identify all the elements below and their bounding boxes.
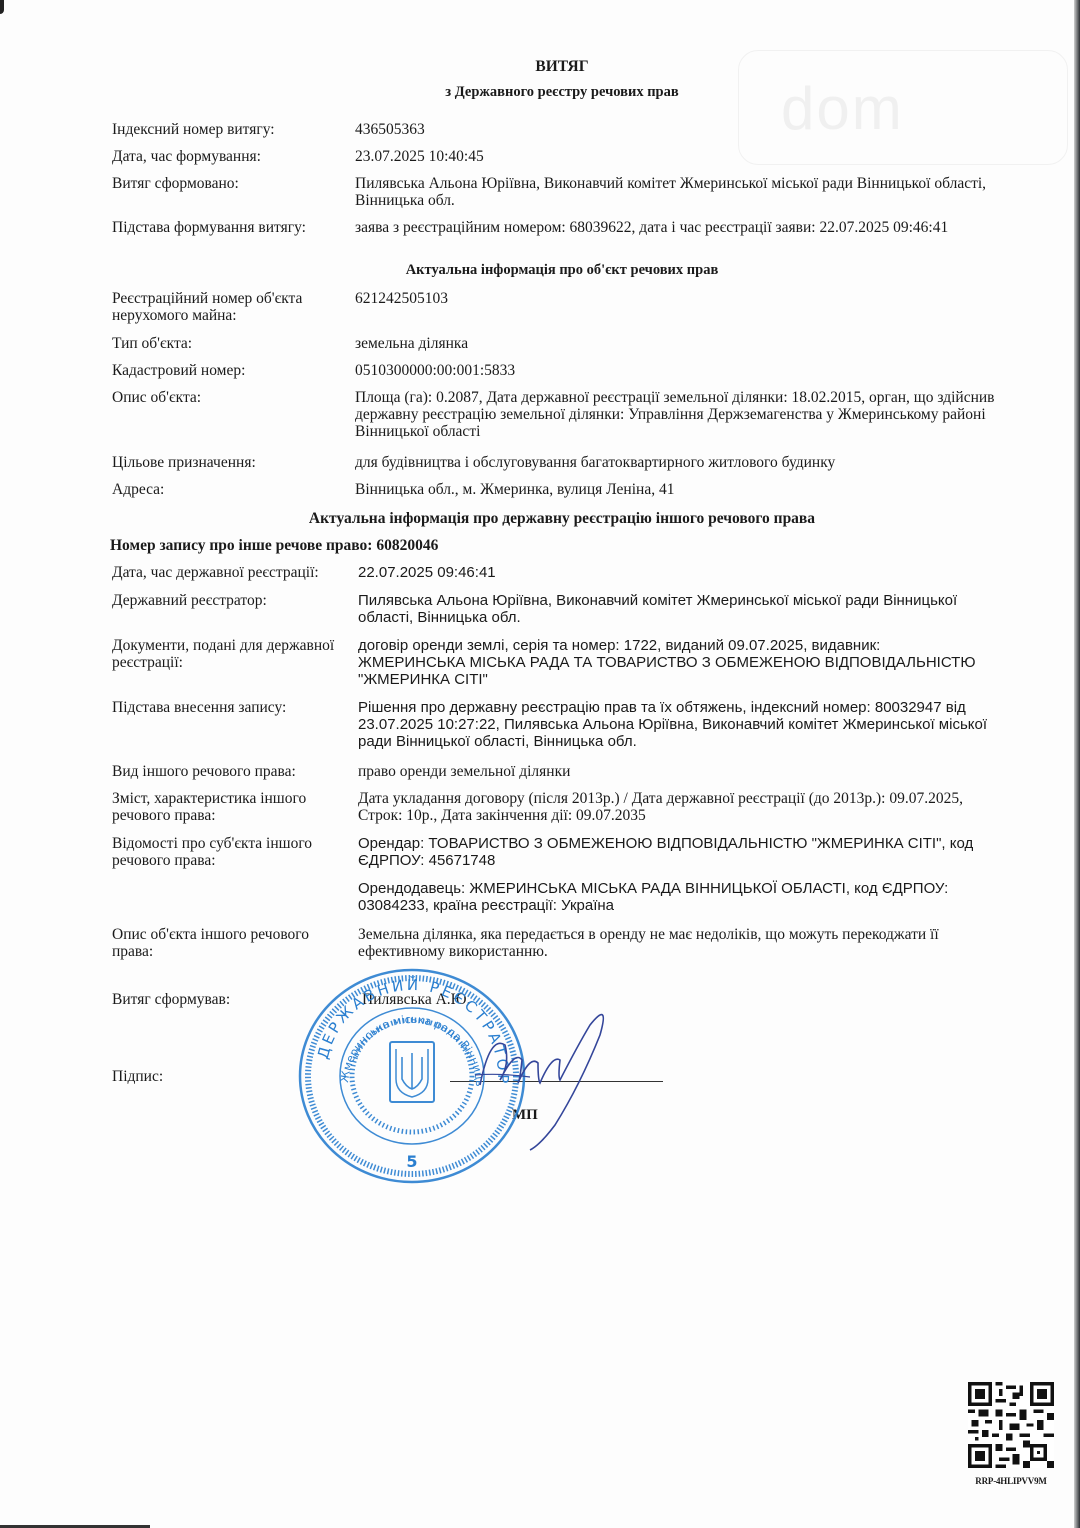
field-label: Підстава внесення запису: [112, 699, 347, 716]
field-label: Підстава формування витягу: [112, 219, 347, 236]
field-value: Площа (га): 0.2087, Дата державної реєст… [355, 389, 995, 440]
field-value: для будівництва і обслуговування багаток… [355, 454, 995, 471]
section-title-object: Актуальна інформація про об'єкт речових … [0, 262, 1080, 279]
field-value: Земельна ділянка, яка передається в орен… [358, 926, 988, 960]
field-label: Вид іншого речового права: [112, 763, 347, 780]
field-label: Цільове призначення: [112, 454, 347, 471]
qr-code-id: RRP-4HLIPVV9M [968, 1476, 1054, 1486]
field-value: договір оренди землі, серія та номер: 17… [358, 637, 988, 688]
section-title-other-right: Актуальна інформація про державну реєстр… [0, 510, 1080, 528]
field-label: Індексний номер витягу: [112, 121, 347, 138]
field-label: Державний реєстратор: [112, 592, 347, 609]
field-value: 23.07.2025 10:40:45 [355, 148, 995, 165]
field-label: Опис об'єкта: [112, 389, 347, 406]
field-value: Пилявська Альона Юріївна, Виконавчий ком… [358, 592, 988, 626]
field-value: Рішення про державну реєстрацію прав та … [358, 699, 988, 750]
field-value: Пилявська Альона Юріївна, Виконавчий ком… [355, 175, 995, 209]
field-value: 436505363 [355, 121, 995, 138]
field-label: Опис об'єкта іншого речового права: [112, 926, 347, 960]
field-label: Дата, час формування: [112, 148, 347, 165]
field-label: Кадастровий номер: [112, 362, 347, 379]
field-value: заява з реєстраційним номером: 68039622,… [355, 219, 995, 236]
field-label: Витяг сформовано: [112, 175, 347, 192]
field-value: Орендар: ТОВАРИСТВО З ОБМЕЖЕНОЮ ВІДПОВІД… [358, 835, 988, 869]
field-value: земельна ділянка [355, 335, 995, 352]
field-label: Реєстраційний номер об'єкта нерухомого м… [112, 290, 347, 324]
field-value: 0510300000:00:001:5833 [355, 362, 995, 379]
field-value: 22.07.2025 09:46:41 [358, 564, 988, 581]
field-value: право оренди земельної ділянки [358, 763, 988, 780]
field-value: Орендодавець: ЖМЕРИНСЬКА МІСЬКА РАДА ВІН… [358, 880, 988, 914]
field-label: Дата, час державної реєстрації: [112, 564, 347, 581]
qr-code-icon [968, 1382, 1054, 1468]
field-value: Вінницька обл., м. Жмеринка, вулиця Лені… [355, 481, 995, 498]
svg-text:Жмеринська міська рада Вінниць: Жмеринська міська рада Вінницької област… [296, 967, 486, 1087]
field-label: Тип об'єкта: [112, 335, 347, 352]
field-value: Дата укладання договору (після 2013р.) /… [358, 790, 988, 824]
handwritten-signature-icon [460, 1005, 620, 1155]
scan-edge-right [1074, 0, 1080, 1528]
field-label: Документи, подані для державної реєстрац… [112, 637, 347, 671]
field-label: Зміст, характеристика іншого речового пр… [112, 790, 347, 824]
svg-text:5: 5 [406, 1152, 417, 1171]
record-number: Номер запису про інше речове право: 6082… [110, 537, 438, 555]
document-title: ВИТЯГ [0, 58, 1080, 76]
document-subtitle: з Державного реєстру речових прав [0, 84, 1080, 101]
field-label: Адреса: [112, 481, 347, 498]
scan-edge-corner [0, 0, 4, 14]
field-value: 621242505103 [355, 290, 995, 307]
field-label: Відомості про суб'єкта іншого речового п… [112, 835, 347, 869]
